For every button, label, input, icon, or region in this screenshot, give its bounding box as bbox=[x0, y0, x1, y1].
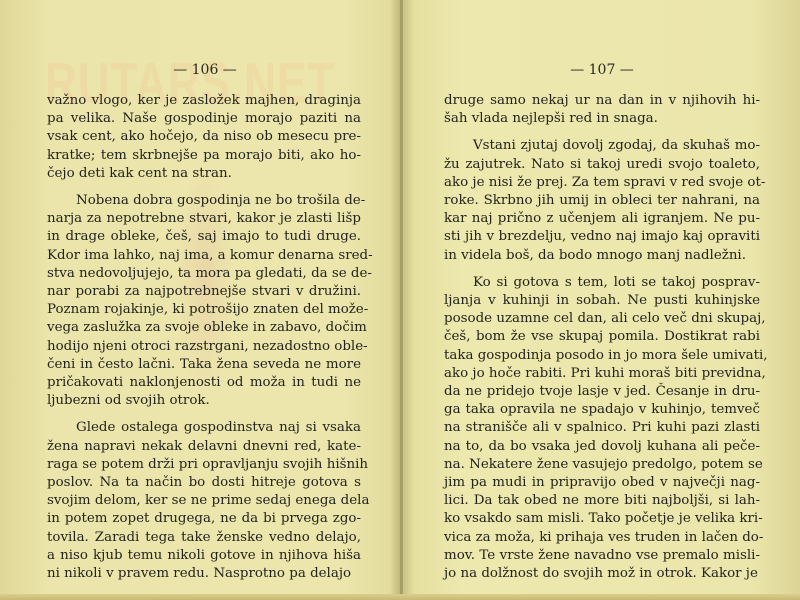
text-line: a niso kjub temu nikoli gotove in njihov… bbox=[47, 547, 361, 565]
paragraph-gap bbox=[444, 265, 760, 274]
text-line: pričakovati naklonjenosti od moža in tud… bbox=[47, 374, 361, 392]
text-line: šah vlada nejlepši red in snaga. bbox=[444, 110, 760, 128]
left-page-text: važno vlogo, ker je zasložek majhen, dra… bbox=[47, 92, 361, 583]
text-line: posode uzamne cel dan, ali celo več dni … bbox=[444, 310, 760, 328]
text-line: lici. Da tak obed ne more biti najboljši… bbox=[444, 492, 760, 510]
text-line: roke. Skrbno jih umij in obleci ter nahr… bbox=[444, 192, 760, 210]
text-line: jim pa mudi in pripravijo obed v največj… bbox=[444, 474, 760, 492]
text-line: ljubezni od svojih otrok. bbox=[47, 392, 361, 410]
text-line: kratke; tem skrbnejše pa morajo biti, ak… bbox=[47, 147, 361, 165]
text-line: Nobena dobra gospodinja ne bo trošila de… bbox=[47, 192, 361, 210]
text-line: Ko si gotova s tem, loti se takoj pospra… bbox=[444, 274, 760, 292]
text-line: ako je nisi že prej. Za tem spravi v red… bbox=[444, 174, 760, 192]
text-line: druge samo nekaj ur na dan in v njihovih… bbox=[444, 92, 760, 110]
left-page: RUTARS.NET — 106 — važno vlogo, ker je z… bbox=[0, 0, 402, 600]
page-number-left: — 106 — bbox=[0, 62, 402, 78]
text-line: Vstani zjutaj dovolj zgodaj, da skuhaš m… bbox=[444, 137, 760, 155]
text-line: pa velika. Naše gospodinje morajo paziti… bbox=[47, 110, 361, 128]
text-line: in drage obleke, češ, saj imajo to tudi … bbox=[47, 228, 361, 246]
text-line: čeni in često lačni. Taka žena seveda ne… bbox=[47, 356, 361, 374]
text-line: ni nikoli v pravem redu. Nasprotno pa de… bbox=[47, 565, 361, 583]
text-line: ga taka opravila ne spadajo v kuhinjo, t… bbox=[444, 401, 760, 419]
text-line: Kdor ima lahko, naj ima, a komur denarna… bbox=[47, 247, 361, 265]
text-line: žu zajutrek. Nato si takoj uredi svojo t… bbox=[444, 156, 760, 174]
text-line: hodijo njeni otroci razstrgani, nezadost… bbox=[47, 338, 361, 356]
text-line: jo na dolžnost do svojih mož in otrok. K… bbox=[444, 565, 760, 583]
text-line: ko vsakdo sam misli. Tako početje je vel… bbox=[444, 510, 760, 528]
paragraph-gap bbox=[444, 128, 760, 137]
text-line: narja za nepotrebne stvari, kakor je zla… bbox=[47, 210, 361, 228]
text-line: stva nedovoljujejo, ta mora pa gledati, … bbox=[47, 265, 361, 283]
right-page-text: druge samo nekaj ur na dan in v njihovih… bbox=[444, 92, 760, 583]
text-line: čejo deti kak cent na stran. bbox=[47, 165, 361, 183]
text-line: na stranišče ali v spalnico. Pri kuhi pa… bbox=[444, 419, 760, 437]
text-line: vega zaslužka za svoje obleke in zabavo,… bbox=[47, 319, 361, 337]
text-line: taka gospodinja posodo in jo mora šele u… bbox=[444, 347, 760, 365]
paragraph-gap bbox=[47, 410, 361, 419]
text-line: Glede ostalega gospodinstva naj si vsaka bbox=[47, 419, 361, 437]
text-line: raga se potem drži pri opravljanju svoji… bbox=[47, 456, 361, 474]
text-line: vsak cent, ako hočejo, da niso ob mesecu… bbox=[47, 128, 361, 146]
text-line: da ne pridejo tvoje lasje v jed. Česanje… bbox=[444, 383, 760, 401]
page-number-right: — 107 — bbox=[402, 62, 800, 78]
text-line: na to, da bo vsaka jed dovolj kuhana ali… bbox=[444, 438, 760, 456]
paragraph-gap bbox=[47, 183, 361, 192]
text-line: sti jih v brezdelju, vedno naj imajo kaj… bbox=[444, 228, 760, 246]
text-line: nar porabi za najpotrebnejše stvari v dr… bbox=[47, 283, 361, 301]
text-line: mov. Te vrste žene navadno vse premalo m… bbox=[444, 547, 760, 565]
text-line: na. Nekatere žene vasujejo predolgo, pot… bbox=[444, 456, 760, 474]
text-line: važno vlogo, ker je zasložek majhen, dra… bbox=[47, 92, 361, 110]
text-line: žena napravi nekak delavni dnevni red, k… bbox=[47, 438, 361, 456]
text-line: svojim delom, ker se ne prime sedaj eneg… bbox=[47, 492, 361, 510]
text-line: ljanja v kuhinji in sobah. Ne pusti kuhi… bbox=[444, 292, 760, 310]
text-line: kar naj prično z učenjem ali igranjem. N… bbox=[444, 210, 760, 228]
text-line: poslov. Na ta način bo dosti hitreje got… bbox=[47, 474, 361, 492]
text-line: Poznam rojakinje, ki potrošijo znaten de… bbox=[47, 301, 361, 319]
right-page: — 107 — druge samo nekaj ur na dan in v … bbox=[402, 0, 800, 600]
book-gutter bbox=[400, 0, 403, 600]
text-line: češ, bom že vse skupaj pomila. Dostikrat… bbox=[444, 328, 760, 346]
text-line: in videla boš, da bodo mnogo manj nadlež… bbox=[444, 247, 760, 265]
text-line: ako jo hoče rabiti. Pri kuhi moraš biti … bbox=[444, 365, 760, 383]
page-bottom-edge bbox=[0, 594, 800, 600]
text-line: vica za moža, ki prihaja ves truden in l… bbox=[444, 529, 760, 547]
text-line: in potem zopet drugega, ne da bi prvega … bbox=[47, 510, 361, 528]
text-line: tovila. Zaradi tega take ženske vedno de… bbox=[47, 529, 361, 547]
